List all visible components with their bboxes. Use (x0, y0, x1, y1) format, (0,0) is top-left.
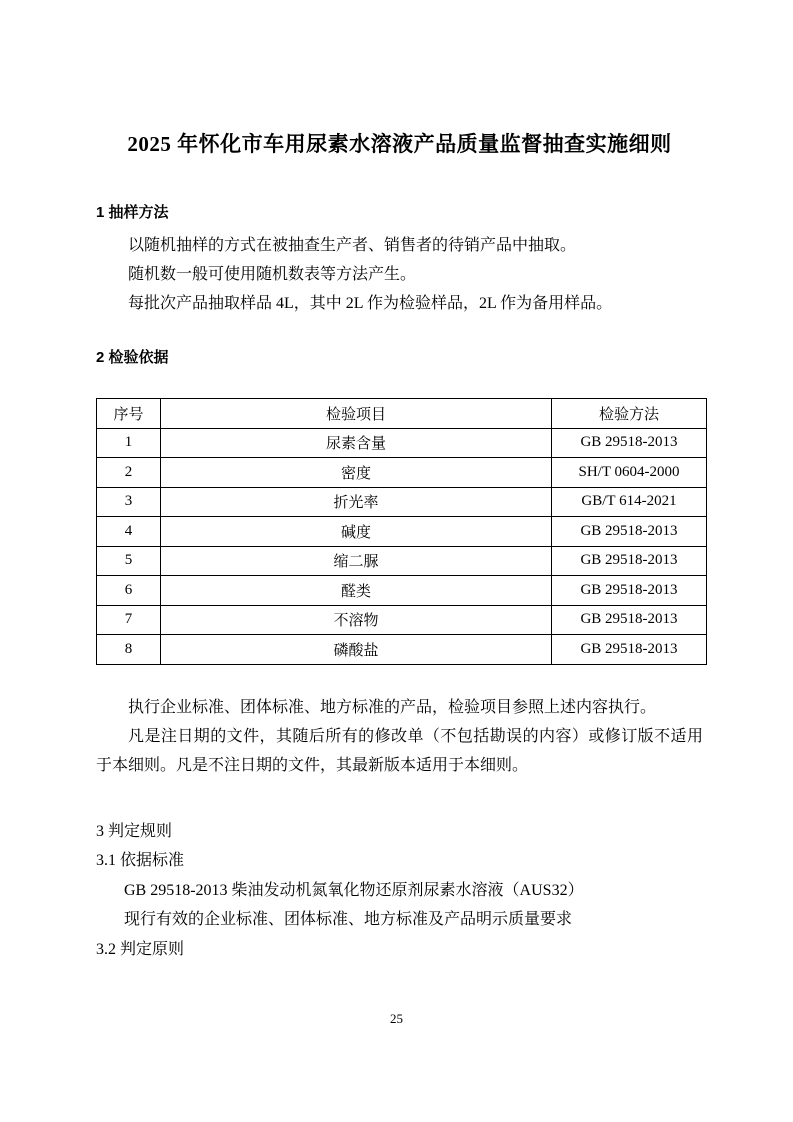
column-header-number: 序号 (97, 399, 161, 429)
standard-line: 现行有效的企业标准、团体标准、地方标准及产品明示质量要求 (96, 905, 703, 935)
cell-item: 磷酸盐 (161, 635, 552, 665)
section-3-1-heading: 3.1 依据标准 (96, 846, 703, 876)
cell-number: 2 (97, 458, 161, 488)
table-header-row: 序号 检验项目 检验方法 (97, 399, 707, 429)
table-row: 1 尿素含量 GB 29518-2013 (97, 428, 707, 458)
cell-number: 3 (97, 487, 161, 517)
section-3-heading: 3 判定规则 (96, 817, 703, 847)
note-paragraph: 凡是注日期的文件，其随后所有的修改单（不包括勘误的内容）或修订版不适用于本细则。… (96, 722, 703, 780)
cell-number: 5 (97, 546, 161, 576)
paragraph: 以随机抽样的方式在被抽查生产者、销售者的待销产品中抽取。 (96, 231, 703, 260)
inspection-items-table: 序号 检验项目 检验方法 1 尿素含量 GB 29518-2013 2 密度 S… (96, 398, 707, 665)
standard-line: GB 29518-2013 柴油发动机氮氧化物还原剂尿素水溶液（AUS32） (96, 876, 703, 906)
table-row: 2 密度 SH/T 0604-2000 (97, 458, 707, 488)
cell-method: GB 29518-2013 (552, 428, 707, 458)
cell-item: 缩二脲 (161, 546, 552, 576)
cell-method: GB 29518-2013 (552, 635, 707, 665)
cell-item: 密度 (161, 458, 552, 488)
page-title: 2025 年怀化市车用尿素水溶液产品质量监督抽查实施细则 (96, 0, 703, 160)
column-header-method: 检验方法 (552, 399, 707, 429)
section-1-heading: 1 抽样方法 (96, 203, 703, 223)
cell-method: GB/T 614-2021 (552, 487, 707, 517)
cell-number: 4 (97, 517, 161, 547)
table-row: 7 不溶物 GB 29518-2013 (97, 605, 707, 635)
note-paragraph: 执行企业标准、团体标准、地方标准的产品，检验项目参照上述内容执行。 (96, 693, 703, 722)
section-3-2-heading: 3.2 判定原则 (96, 935, 703, 965)
section-3: 3 判定规则 3.1 依据标准 GB 29518-2013 柴油发动机氮氧化物还… (96, 817, 703, 965)
cell-method: GB 29518-2013 (552, 546, 707, 576)
cell-item: 折光率 (161, 487, 552, 517)
page-number: 25 (0, 1011, 793, 1027)
cell-item: 尿素含量 (161, 428, 552, 458)
table-row: 3 折光率 GB/T 614-2021 (97, 487, 707, 517)
cell-number: 8 (97, 635, 161, 665)
cell-method: GB 29518-2013 (552, 605, 707, 635)
table-row: 4 碱度 GB 29518-2013 (97, 517, 707, 547)
paragraph: 随机数一般可使用随机数表等方法产生。 (96, 260, 703, 289)
section-2-heading: 2 检验依据 (96, 348, 703, 368)
section-2-notes: 执行企业标准、团体标准、地方标准的产品，检验项目参照上述内容执行。 凡是注日期的… (96, 693, 703, 780)
cell-number: 6 (97, 576, 161, 606)
table-row: 6 醛类 GB 29518-2013 (97, 576, 707, 606)
document-page: 2025 年怀化市车用尿素水溶液产品质量监督抽查实施细则 1 抽样方法 以随机抽… (0, 0, 793, 1122)
cell-item: 碱度 (161, 517, 552, 547)
cell-number: 7 (97, 605, 161, 635)
table-row: 8 磷酸盐 GB 29518-2013 (97, 635, 707, 665)
cell-method: SH/T 0604-2000 (552, 458, 707, 488)
column-header-item: 检验项目 (161, 399, 552, 429)
cell-item: 不溶物 (161, 605, 552, 635)
paragraph: 每批次产品抽取样品 4L，其中 2L 作为检验样品，2L 作为备用样品。 (96, 289, 703, 318)
cell-number: 1 (97, 428, 161, 458)
table-row: 5 缩二脲 GB 29518-2013 (97, 546, 707, 576)
document-content: 2025 年怀化市车用尿素水溶液产品质量监督抽查实施细则 1 抽样方法 以随机抽… (96, 0, 703, 964)
section-1-paragraphs: 以随机抽样的方式在被抽查生产者、销售者的待销产品中抽取。 随机数一般可使用随机数… (96, 231, 703, 318)
cell-method: GB 29518-2013 (552, 576, 707, 606)
cell-item: 醛类 (161, 576, 552, 606)
cell-method: GB 29518-2013 (552, 517, 707, 547)
